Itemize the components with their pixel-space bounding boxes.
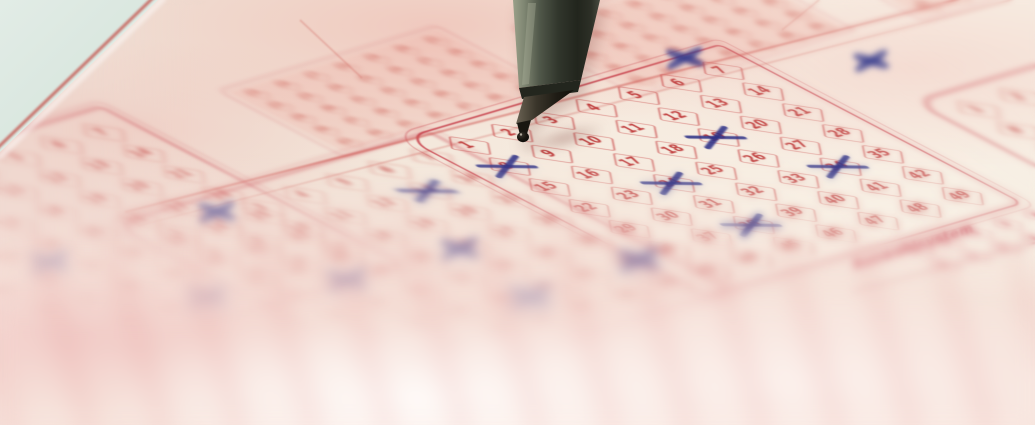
- ballpoint-pen: [440, 0, 660, 220]
- lottery-ticket-photo: 1516171819202122232425262728293031323334…: [0, 0, 1035, 425]
